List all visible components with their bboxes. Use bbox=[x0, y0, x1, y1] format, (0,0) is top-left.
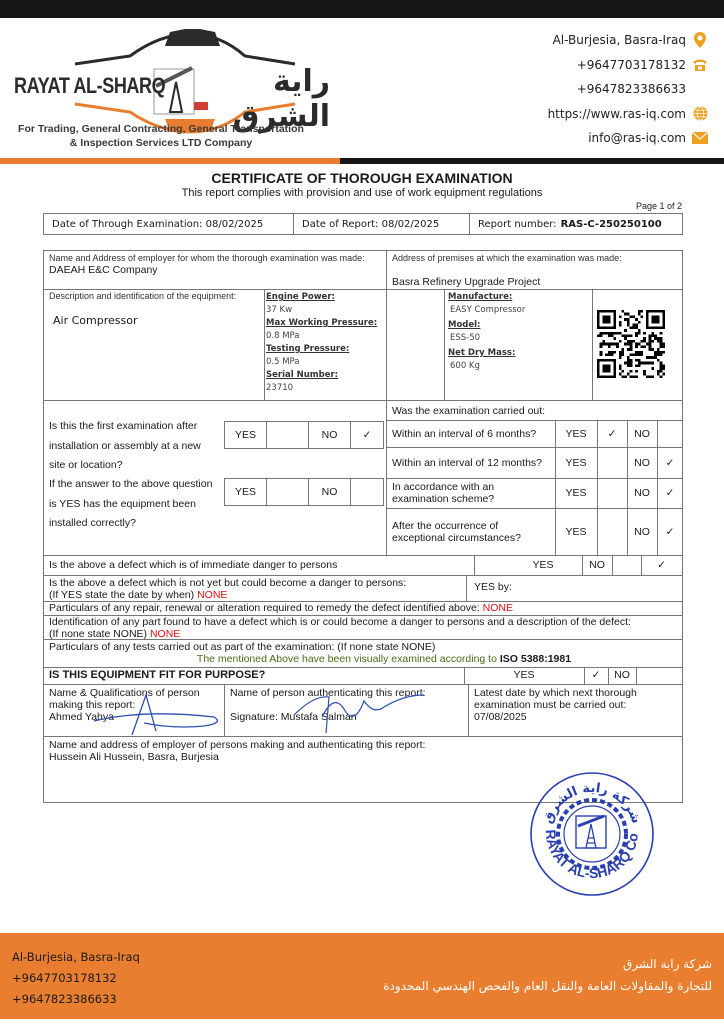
spec-name: Serial Number: bbox=[266, 369, 436, 382]
contact-website[interactable]: https://www.ras-iq.com bbox=[548, 102, 708, 127]
interval-question: In accordance with an examination scheme… bbox=[392, 478, 552, 508]
spec-value: 23710 bbox=[266, 382, 436, 395]
repair-particulars: Particulars of any repair, renewal or al… bbox=[49, 601, 513, 615]
equipment-specs-left: Engine Power:37 KwMax Working Pressure:0… bbox=[266, 291, 436, 395]
interval-no-checkbox[interactable]: ✓ bbox=[657, 478, 683, 508]
report-employer: Name and address of employer of persons … bbox=[49, 739, 425, 763]
examination-form: Name and Address of employer for whom th… bbox=[43, 250, 683, 803]
first-exam-question: Is this the first examination after inst… bbox=[49, 417, 219, 476]
header-stripe-orange bbox=[0, 158, 340, 164]
globe-icon bbox=[692, 106, 708, 122]
page-number: Page 1 of 2 bbox=[636, 201, 682, 211]
report-number: Report number:RAS-C-250250100 bbox=[470, 214, 682, 234]
date-bar: Date of Through Examination: 08/02/2025 … bbox=[43, 213, 683, 235]
logo-text-en: RAYAT AL-SHARQ bbox=[14, 73, 165, 99]
next-examination-date: 07/08/2025 bbox=[474, 711, 674, 723]
company-stamp: شركة راية الشرق RAYAT AL-SHARQ Co. bbox=[528, 770, 656, 898]
interval-question: After the occurrence of exceptional circ… bbox=[392, 508, 552, 555]
spec-name: Net Dry Mass: bbox=[448, 347, 588, 360]
first-exam-yes-checkbox[interactable] bbox=[267, 422, 309, 448]
yes-label: YES bbox=[555, 447, 597, 478]
employer-value: DAEAH E&C Company bbox=[49, 264, 379, 276]
spec-name: Manufacture: bbox=[448, 291, 588, 304]
fit-yes-checkbox[interactable]: ✓ bbox=[584, 667, 608, 684]
interval-yes-checkbox[interactable]: ✓ bbox=[597, 420, 627, 447]
tests-particulars: Particulars of any tests carried out as … bbox=[49, 641, 679, 665]
interval-yes-checkbox[interactable] bbox=[597, 447, 627, 478]
footer: Al-Burjesia, Basra-Iraq +9647703178132 +… bbox=[0, 933, 724, 1019]
defect-identification: Identification of any part found to have… bbox=[49, 616, 631, 640]
spec-name: Testing Pressure: bbox=[266, 343, 436, 356]
employer-cell: Name and Address of employer for whom th… bbox=[49, 253, 379, 276]
immediate-danger-question: Is the above a defect which is of immedi… bbox=[49, 555, 337, 575]
interval-row: Within an interval of 12 months?YESNO✓ bbox=[387, 447, 683, 478]
contact-info: Al-Burjesia, Basra-Iraq +9647703178132 +… bbox=[548, 28, 708, 151]
interval-row: After the occurrence of exceptional circ… bbox=[387, 508, 683, 555]
carried-out-label: Was the examination carried out: bbox=[392, 405, 545, 417]
footer-company-arabic: شركة راية الشرق للتجارة والمقاولات العام… bbox=[383, 953, 712, 997]
qr-code[interactable] bbox=[597, 310, 667, 380]
location-pin-icon bbox=[692, 32, 708, 48]
spec-value: EASY Compressor bbox=[448, 304, 588, 317]
certificate-title: CERTIFICATE OF THOROUGH EXAMINATION bbox=[0, 170, 724, 186]
interval-no-checkbox[interactable]: ✓ bbox=[657, 447, 683, 478]
first-exam-answer: YES NO ✓ bbox=[224, 421, 384, 449]
no-label: NO bbox=[627, 420, 657, 447]
interval-question: Within an interval of 12 months? bbox=[392, 447, 552, 478]
spec-value: 600 Kg bbox=[448, 360, 588, 373]
next-examination: Latest date by which next thorough exami… bbox=[474, 687, 674, 723]
telephone-icon bbox=[692, 57, 708, 73]
contact-phone-2[interactable]: +9647823386633 bbox=[548, 77, 708, 102]
yes-by-label: YES by: bbox=[474, 577, 512, 597]
yes-label: YES bbox=[555, 478, 597, 508]
future-danger-question: Is the above a defect which is not yet b… bbox=[49, 577, 406, 601]
report-maker: Name & Qualifications of person making t… bbox=[49, 687, 219, 723]
interval-section: Was the examination carried out: Within … bbox=[386, 400, 682, 555]
no-label: NO bbox=[627, 478, 657, 508]
premises-cell: Address of premises at which the examina… bbox=[392, 253, 682, 288]
first-exam-no-checkbox[interactable]: ✓ bbox=[351, 422, 383, 448]
contact-phone-1[interactable]: +9647703178132 bbox=[548, 53, 708, 78]
premises-label: Address of premises at which the examina… bbox=[392, 253, 682, 264]
certificate-subtitle: This report complies with provision and … bbox=[0, 187, 724, 199]
company-tagline: For Trading, General Contracting, Genera… bbox=[0, 122, 322, 150]
interval-row: In accordance with an examination scheme… bbox=[387, 478, 683, 508]
spec-value: 37 Kw bbox=[266, 304, 436, 317]
equipment-specs-right: Manufacture:EASY CompressorModel:ESS-50N… bbox=[448, 291, 588, 375]
report-date: Date of Report: 08/02/2025 bbox=[294, 214, 470, 234]
interval-yes-checkbox[interactable] bbox=[597, 508, 627, 555]
no-label: NO bbox=[627, 508, 657, 555]
contact-address: Al-Burjesia, Basra-Iraq bbox=[548, 28, 708, 53]
yes-label: YES bbox=[555, 508, 597, 555]
no-label: NO bbox=[627, 447, 657, 478]
report-authenticator: Name of person authenticating this repor… bbox=[230, 687, 462, 723]
company-logo: RAYAT AL-SHARQ راية الشرق For Trading, G… bbox=[0, 18, 330, 158]
spec-value: ESS-50 bbox=[448, 332, 588, 345]
tagline-line-1: For Trading, General Contracting, Genera… bbox=[0, 122, 322, 136]
interval-question: Within an interval of 6 months? bbox=[392, 420, 552, 447]
spec-name: Max Working Pressure: bbox=[266, 317, 436, 330]
tagline-line-2: & Inspection Services LTD Company bbox=[0, 136, 322, 150]
future-danger-value: NONE bbox=[197, 589, 227, 601]
interval-row: Within an interval of 6 months?YES✓NO bbox=[387, 420, 683, 447]
employer-label: Name and Address of employer for whom th… bbox=[49, 253, 379, 264]
footer-contact: Al-Burjesia, Basra-Iraq +9647703178132 +… bbox=[12, 947, 140, 1010]
authenticator-signature: Signature: Mustafa Salman bbox=[230, 711, 462, 723]
spec-name: Engine Power: bbox=[266, 291, 436, 304]
envelope-icon bbox=[692, 130, 708, 146]
report-employer-value: Hussein Ali Hussein, Basra, Burjesia bbox=[49, 751, 425, 763]
installed-yes-checkbox[interactable] bbox=[267, 479, 309, 505]
spec-value: 0.8 MPa bbox=[266, 330, 436, 343]
interval-yes-checkbox[interactable] bbox=[597, 478, 627, 508]
interval-no-checkbox[interactable]: ✓ bbox=[657, 508, 683, 555]
spec-value: 0.5 MPa bbox=[266, 356, 436, 369]
premises-value: Basra Refinery Upgrade Project bbox=[392, 276, 682, 288]
immediate-danger-no-checkbox[interactable]: ✓ bbox=[641, 555, 682, 575]
spec-name: Model: bbox=[448, 319, 588, 332]
contact-email[interactable]: info@ras-iq.com bbox=[548, 126, 708, 151]
exam-date: Date of Through Examination: 08/02/2025 bbox=[44, 214, 294, 234]
header-stripe-black bbox=[340, 158, 724, 164]
installed-no-checkbox[interactable] bbox=[351, 479, 383, 505]
interval-no-checkbox[interactable] bbox=[657, 420, 683, 447]
report-maker-name: Ahmed Yahya bbox=[49, 711, 219, 723]
equipment-description-cell: Description and identification of the eq… bbox=[49, 291, 259, 327]
yes-label: YES bbox=[555, 420, 597, 447]
equipment-value: Air Compressor bbox=[53, 314, 259, 327]
installed-correctly-answer: YES NO bbox=[224, 478, 384, 506]
equipment-label: Description and identification of the eq… bbox=[49, 291, 259, 302]
installed-correctly-question: If the answer to the above question is Y… bbox=[49, 475, 219, 534]
top-bar bbox=[0, 0, 724, 18]
fit-for-purpose-question: IS THIS EQUIPMENT FIT FOR PURPOSE? bbox=[49, 667, 265, 684]
